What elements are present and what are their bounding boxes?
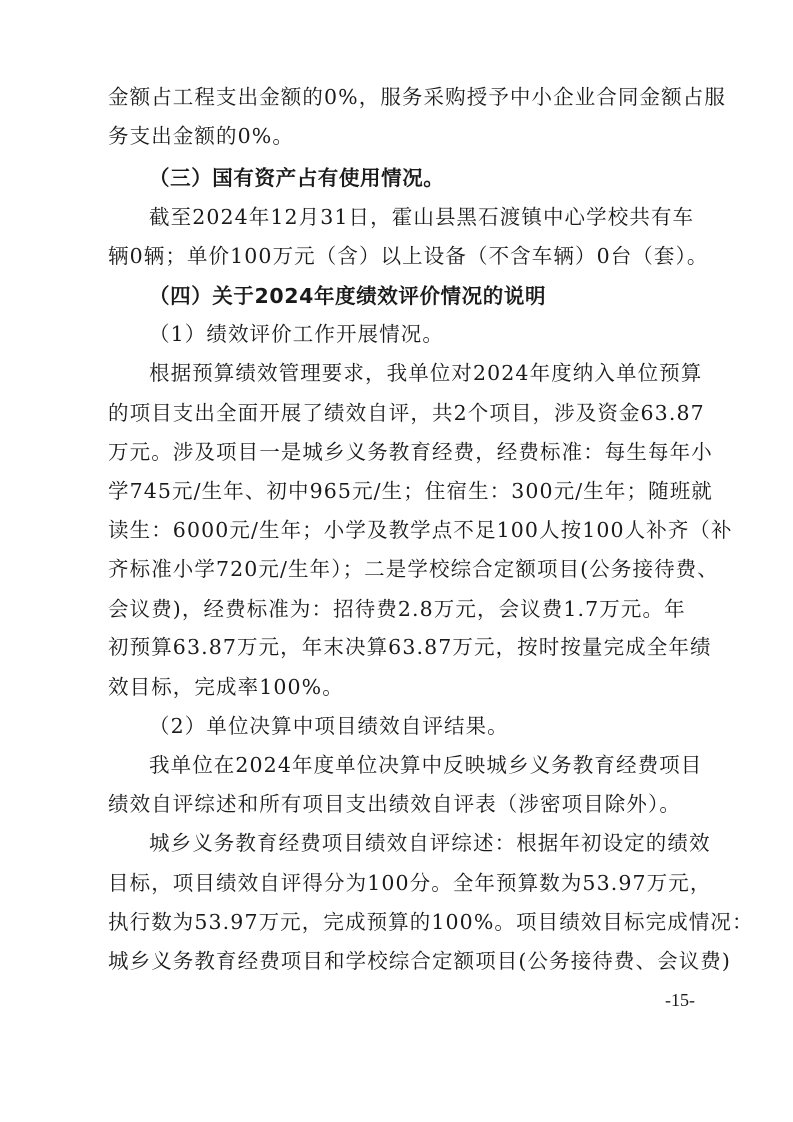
paragraph-line: 读生：6000元/生年；小学及教学点不足100人按100人补齐（补 <box>108 511 733 550</box>
paragraph-line: 城乡义务教育经费项目和学校综合定额项目(公务接待费、会议费) <box>108 942 731 981</box>
paragraph-line: 齐标准小学720元/生年）；二是学校综合定额项目(公务接待费、 <box>108 550 719 589</box>
paragraph-line: 绩效自评综述和所有项目支出绩效自评表（涉密项目除外）。 <box>108 785 681 824</box>
subsection-heading-1: （1）绩效评价工作开展情况。 <box>149 315 444 354</box>
paragraph-line: 学745元/生年、初中965元/生；住宿生：300元/生年；随班就 <box>108 472 713 511</box>
paragraph-line: 初预算63.87万元，年末决算63.87万元，按时按量完成全年绩 <box>108 628 712 667</box>
paragraph-line: 辆0辆；单价100万元（含）以上设备（不含车辆）0台（套）。 <box>108 237 708 276</box>
section-heading-3: （三）国有资产占有使用情况。 <box>149 159 444 198</box>
paragraph-line: 会议费)，经费标准为：招待费2.8万元，会议费1.7万元。年 <box>108 590 686 629</box>
section-heading-4: （四）关于2024年度绩效评价情况的说明 <box>149 277 546 316</box>
page-number: -15- <box>665 990 695 1011</box>
paragraph-line: 执行数为53.97万元，完成预算的100%。项目绩效目标完成情况： <box>108 903 754 942</box>
paragraph-line: 万元。涉及项目一是城乡义务教育经费，经费标准：每生每年小 <box>108 433 713 472</box>
subsection-heading-2: （2）单位决算中项目绩效自评结果。 <box>149 707 509 746</box>
paragraph-line: 根据预算绩效管理要求，我单位对2024年度纳入单位预算 <box>149 354 702 393</box>
paragraph-line: 金额占工程支出金额的0%，服务采购授予中小企业合同金额占服 <box>108 78 726 117</box>
paragraph-line: 效目标，完成率100%。 <box>108 668 344 707</box>
paragraph-line: 我单位在2024年度单位决算中反映城乡义务教育经费项目 <box>149 746 702 785</box>
paragraph-line: 的项目支出全面开展了绩效自评，共2个项目，涉及资金63.87 <box>108 394 705 433</box>
paragraph-line: 务支出金额的0%。 <box>108 117 294 156</box>
paragraph-line: 目标，项目绩效自评得分为100分。全年预算数为53.97万元， <box>108 864 711 903</box>
paragraph-line: 截至2024年12月31日，霍山县黑石渡镇中心学校共有车 <box>149 198 694 237</box>
paragraph-line: 城乡义务教育经费项目绩效自评综述：根据年初设定的绩效 <box>149 824 711 863</box>
